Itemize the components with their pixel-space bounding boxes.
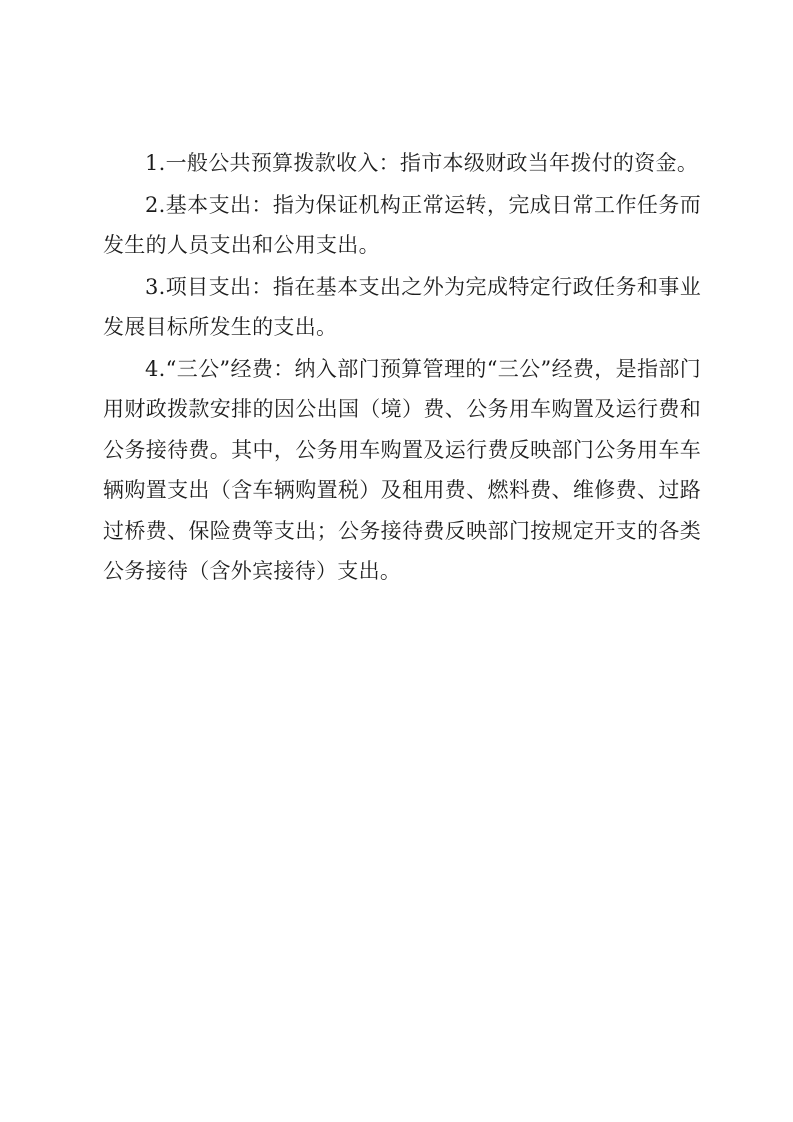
paragraph-general-public-budget-income: 1.一般公共预算拨款收入：指市本级财政当年拨付的资金。	[103, 143, 701, 184]
paragraph-project-expenditure: 3.项目支出：指在基本支出之外为完成特定行政任务和事业发展目标所发生的支出。	[103, 267, 701, 348]
paragraph-three-public-funds: 4.“三公”经费：纳入部门预算管理的“三公”经费，是指部门用财政拨款安排的因公出…	[103, 349, 701, 592]
document-page: 1.一般公共预算拨款收入：指市本级财政当年拨付的资金。 2.基本支出：指为保证机…	[0, 0, 793, 1122]
paragraph-basic-expenditure: 2.基本支出：指为保证机构正常运转，完成日常工作任务而发生的人员支出和公用支出。	[103, 185, 701, 266]
document-body: 1.一般公共预算拨款收入：指市本级财政当年拨付的资金。 2.基本支出：指为保证机…	[103, 143, 701, 592]
